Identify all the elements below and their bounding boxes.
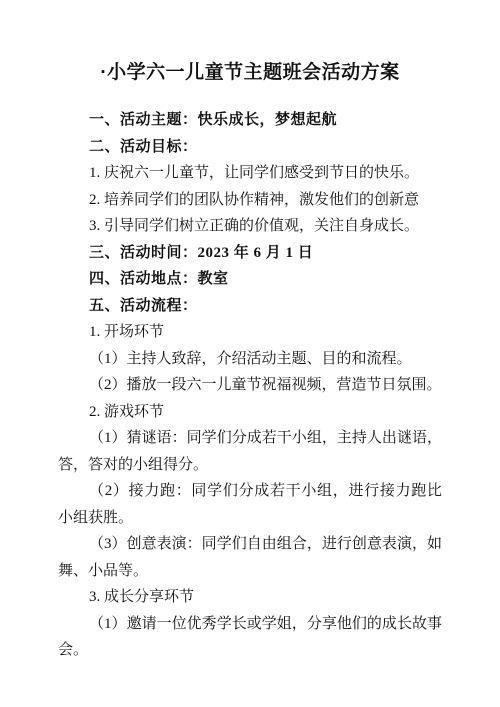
text-line: 三、活动时间：2023 年 6 月 1 日 [58,240,442,267]
document-lines: 一、活动主题：快乐成长，梦想起航二、活动目标：1. 庆祝六一儿童节，让同学们感受… [58,107,442,664]
text-line: 二、活动目标： [58,134,442,161]
text-line: 2. 游戏环节 [58,399,442,426]
text-line: 1. 开场环节 [58,319,442,346]
text-line: 五、活动流程： [58,293,442,320]
text-line: 一、活动主题：快乐成长，梦想起航 [58,107,442,134]
text-line: （1）猜谜语：同学们分成若干小组，主持人出谜语，小组抢 [58,425,442,452]
text-line: （2）播放一段六一儿童节祝福视频，营造节日氛围。 [58,372,442,399]
text-line: 答，答对的小组得分。 [58,452,442,479]
text-line: 小组获胜。 [58,505,442,532]
text-line: 1. 庆祝六一儿童节，让同学们感受到节日的快乐。 [58,160,442,187]
text-line: 舞、小品等。 [58,558,442,585]
text-line: （1）邀请一位优秀学长或学姐，分享他们的成长故事和心得体 [58,611,442,638]
text-line: （2）接力跑：同学们分成若干小组，进行接力跑比赛，最快的 [58,478,442,505]
text-line: 3. 成长分享环节 [58,584,442,611]
text-line: 3. 引导同学们树立正确的价值观，关注自身成长。 [58,213,442,240]
document-title: ·小学六一儿童节主题班会活动方案 [58,58,442,88]
text-line: （1）主持人致辞，介绍活动主题、目的和流程。 [58,346,442,373]
text-line: 会。 [58,637,442,664]
text-line: 2. 培养同学们的团队协作精神，激发他们的创新意识。 [58,187,442,214]
document-page: ·小学六一儿童节主题班会活动方案 一、活动主题：快乐成长，梦想起航二、活动目标：… [0,0,500,707]
text-line: 四、活动地点：教室 [58,266,442,293]
text-line: （3）创意表演：同学们自由组合，进行创意表演，如唱歌、跳 [58,531,442,558]
